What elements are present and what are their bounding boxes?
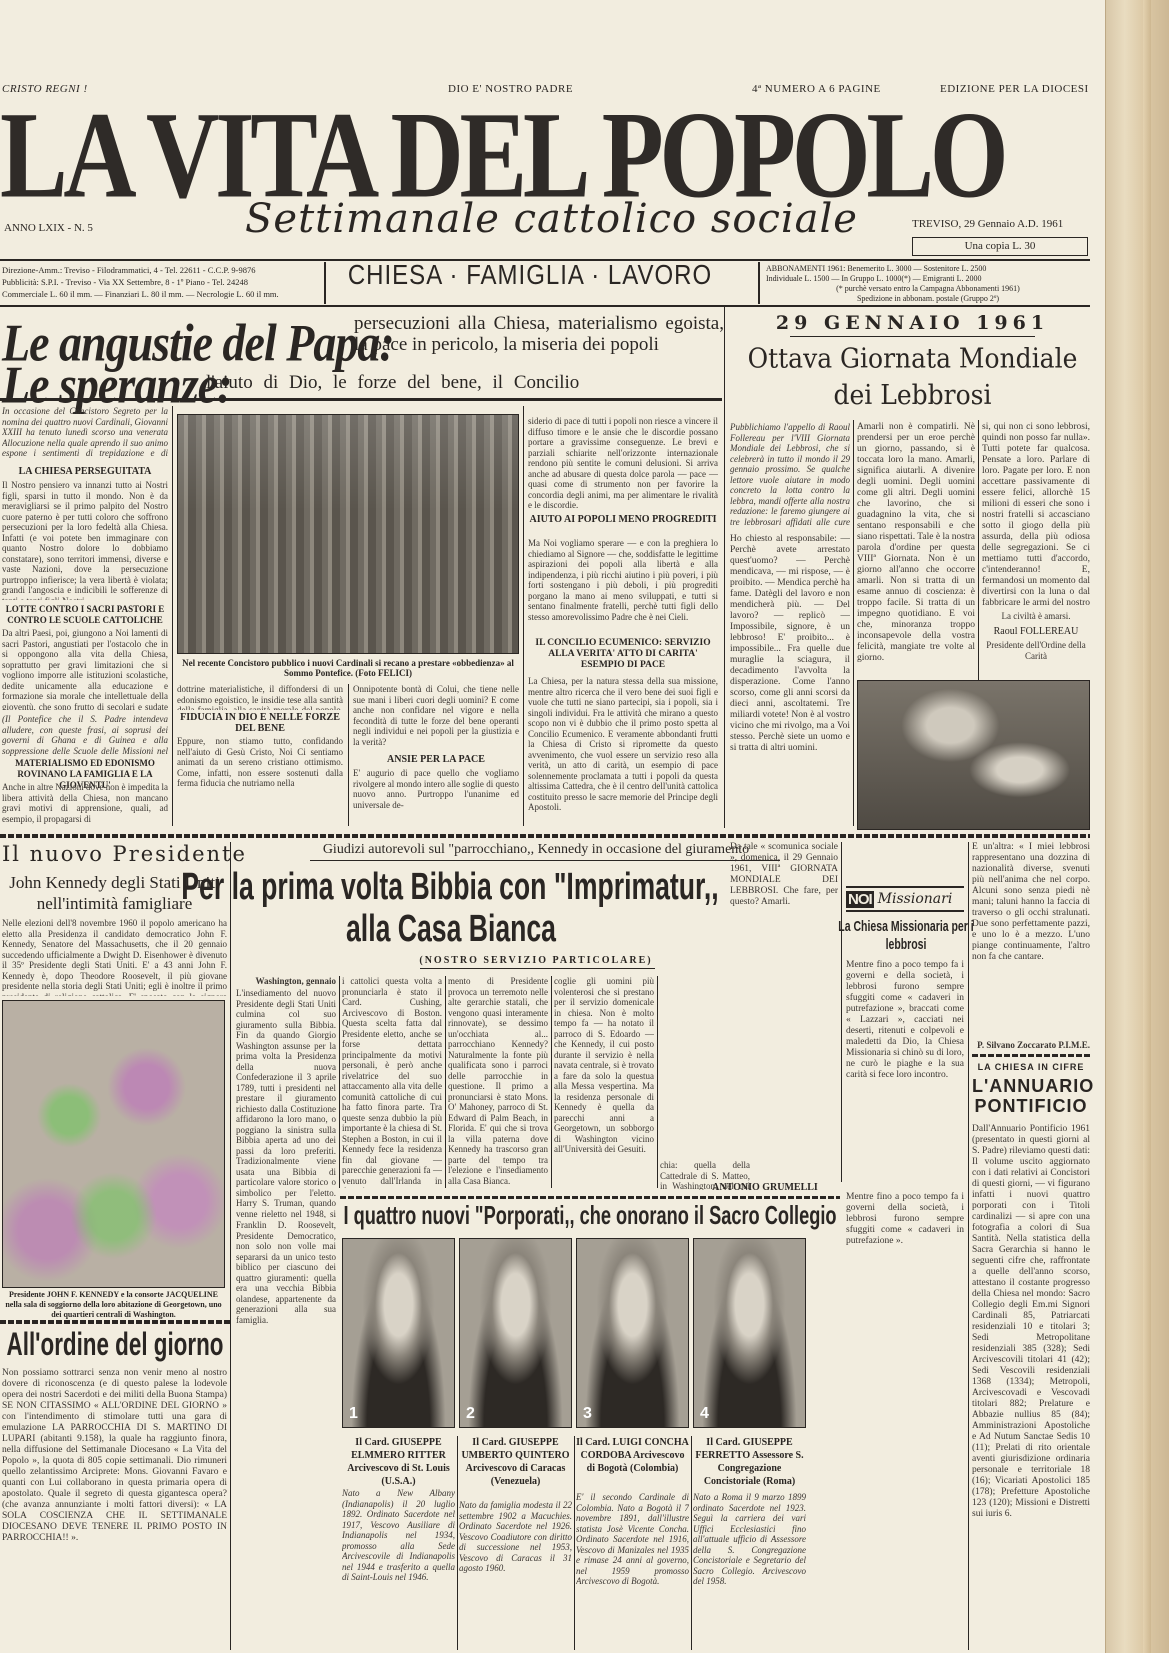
lebbrosi-intro: Pubblichiamo l'appello di Raoul Follerea…	[730, 422, 850, 528]
column-rule	[348, 684, 349, 826]
lebbrosi-text: Ho chiesto al responsabile: — Perchè ave…	[730, 534, 850, 826]
lead-text: La Chiesa, per la natura stessa della su…	[528, 676, 718, 826]
lepers-photo	[857, 680, 1090, 830]
motto-banner: CHIESA · FAMIGLIA · LAVORO	[330, 260, 730, 292]
column-rule	[574, 1436, 575, 1650]
lebbrosi-text: si, qui non ci sono lebbrosi, quindi non…	[982, 422, 1090, 607]
bibbia-byline: ANTONIO GRUMELLI	[690, 1182, 840, 1193]
subscription-line: (* purchè versato entro la Campagna Abbo…	[766, 284, 1090, 294]
section-heading: LOTTE CONTRO I SACRI PASTORI E CONTRO LE…	[2, 604, 168, 626]
missionari-text: Mentre fino a poco tempo fa i governi e …	[846, 960, 964, 1190]
section-separator	[340, 1196, 840, 1199]
kicker-underline	[310, 860, 780, 861]
cardinal-photo-4: 4	[693, 1238, 806, 1428]
date-underline	[790, 336, 1035, 337]
banner-noi: NOI	[846, 891, 874, 908]
column-rule	[551, 976, 552, 1188]
service-underline	[420, 968, 655, 969]
cardinal-name: Il Card. GIUSEPPE UMBERTO QUINTERO Arciv…	[459, 1436, 572, 1488]
kennedy-headline: Il nuovo Presidente	[2, 842, 227, 866]
kennedy-text: Nelle elezioni dell'8 novembre 1960 il p…	[2, 918, 227, 996]
lebbrosi-continuation: Da tale « scomunica sociale », domenica,…	[730, 842, 838, 1067]
divider	[324, 262, 326, 304]
lebbrosi-headline: Ottava Giornata Mondiale dei Lebbrosi	[735, 340, 1090, 413]
missionari-continuation: Mentre fino a poco tempo fa i governi de…	[846, 1192, 964, 1650]
cardinali-headline: I quattro nuovi "Porporati,, che onorano…	[338, 1200, 842, 1231]
address-line: Pubblicità: S.P.I. - Treviso - Via XX Se…	[2, 276, 320, 288]
cardinal-bio: Nato a Roma il 9 marzo 1899 ordinato Sac…	[693, 1492, 806, 1648]
address-block: Direzione-Amm.: Treviso - Filodrammatici…	[2, 264, 320, 300]
photo-number: 4	[700, 1405, 709, 1423]
lead-text: Da altri Paesi, poi, giungono a Noi lame…	[2, 628, 168, 710]
lead-text: E' augurio di pace quello che vogliamo r…	[353, 768, 519, 826]
column-rule	[657, 976, 658, 1188]
banner-script: Missionari	[878, 891, 953, 907]
cardinal-name: Il Card. GIUSEPPE ELMMERO RITTER Arcives…	[342, 1436, 455, 1488]
concistoro-photo-caption: Nel recente Concistoro pubblico i nuovi …	[177, 658, 519, 678]
lebbrosi-closing: La civiltà è amarsi.	[982, 611, 1090, 622]
column-rule	[968, 842, 969, 1650]
place-date: TREVISO, 29 Gennaio A.D. 1961	[912, 218, 1063, 230]
missionari-headline: La Chiesa Missionaria per i lebbrosi	[836, 918, 976, 954]
subscription-line: ABBONAMENTI 1961: Benemerito L. 3000 — S…	[766, 264, 1090, 274]
column-rule	[172, 406, 173, 826]
photo-number: 2	[466, 1405, 475, 1423]
column-rule	[691, 1436, 692, 1650]
section-heading: IL CONCILIO ECUMENICO: SERVIZIO ALLA VER…	[528, 638, 718, 671]
section-separator	[0, 834, 1090, 838]
bibbia-text: mento di Presidente provoca un terremoto…	[448, 976, 548, 1188]
bibbia-text: i cattolici questa volta a pronunciarla …	[342, 976, 442, 1188]
lead-text: Ma Noi vogliamo sperare — e con la pregh…	[528, 538, 718, 634]
cardinal-photo-3: 3	[576, 1238, 689, 1428]
section-heading: AIUTO AI POPOLI MENO PROGREDITI	[528, 514, 718, 525]
bibbia-text: coglie gli uomini più volenterosi che si…	[554, 976, 654, 1188]
book-binding-edge	[1105, 0, 1169, 1653]
subscription-line: Spedizione in abbonam. postale (Gruppo 2…	[766, 294, 1090, 304]
cardinal-photo-2: 2	[459, 1238, 572, 1428]
lebbrosi-signature: Raoul FOLLEREAU	[982, 626, 1090, 637]
price-box: Una copia L. 30	[912, 237, 1088, 256]
column-rule	[978, 420, 979, 680]
column-rule	[841, 842, 842, 1182]
section-separator	[0, 1320, 230, 1324]
section-heading: LA CHIESA PERSEGUITATA	[2, 466, 168, 477]
binding-stripe	[1143, 0, 1151, 1653]
subscription-line: Individuale L. 1500 — In Gruppo L. 1000(…	[766, 274, 1090, 284]
cardinal-bio: E' il secondo Cardinale di Colombia. Nat…	[576, 1492, 689, 1648]
lead-rule	[0, 398, 722, 401]
bibbia-dateline: Washington, gennaio	[236, 976, 336, 987]
column-rule	[445, 976, 446, 1188]
bibbia-text: L'insediamento del nuovo Presidente degl…	[236, 988, 336, 1218]
photo-number: 1	[349, 1405, 358, 1423]
subscription-block: ABBONAMENTI 1961: Benemerito L. 3000 — S…	[766, 264, 1090, 304]
lead-text: Onnipotente bontà di Colui, che tiene ne…	[353, 684, 519, 750]
column-rule	[230, 842, 231, 1650]
newspaper-subtitle: Settimanale cattolico sociale	[245, 196, 858, 242]
newspaper-page: CRISTO REGNI ! DIO E' NOSTRO PADRE 4ª NU…	[0, 0, 1105, 1653]
concistoro-photo	[177, 414, 519, 654]
bibbia-text: Franklin D. Roosevelt, Presidente Democr…	[236, 1220, 336, 1650]
lead-intro: In occasione del Concistoro Segreto per …	[2, 406, 168, 460]
kennedy-photo-caption: Presidente JOHN F. KENNEDY e la consorte…	[2, 1290, 225, 1320]
lead-text: Anche in altre Nazioni dove non è impedi…	[2, 782, 168, 826]
cardinal-name: Il Card. LUIGI CONCHA CORDOBA Arcivescov…	[576, 1436, 689, 1475]
annuario-kicker: LA CHIESA IN CIFRE	[972, 1062, 1090, 1072]
column-rule	[523, 406, 524, 826]
missionari-banner: NOI Missionari	[846, 886, 964, 912]
masthead-rule-bottom	[0, 305, 1090, 307]
bibbia-headline-1: Per la prima volta Bibbia con "Imprimatu…	[93, 866, 807, 909]
kennedy-photo	[2, 1000, 225, 1288]
cardinal-photo-1: 1	[342, 1238, 455, 1428]
lead-text: Il Nostro pensiero va innanzi tutto ai N…	[2, 480, 168, 600]
section-heading: ANSIE PER LA PACE	[353, 754, 519, 765]
column-rule	[457, 1436, 458, 1650]
section-separator	[972, 1054, 1090, 1057]
lebbrosi-text: Amarli non è compatirli. Nè prendersi pe…	[857, 422, 975, 672]
annuario-headline: L'ANNUARIO PONTIFICIO	[972, 1076, 1090, 1116]
bibbia-headline-2: alla Casa Bianca	[301, 908, 602, 951]
cardinal-bio: Nato a New Albany (Indianapolis) il 20 l…	[342, 1488, 455, 1648]
address-line: Commerciale L. 60 il mm. — Finanziari L.…	[2, 288, 320, 300]
section-heading: FIDUCIA IN DIO E NELLE FORZE DEL BENE	[177, 712, 343, 734]
column-rule	[724, 306, 725, 828]
column-rule	[339, 976, 340, 1188]
lead-text: Eppure, non stiamo tutto, confidando nel…	[177, 736, 343, 826]
lead-text: siderio di pace di tutti i popoli non ri…	[528, 416, 718, 512]
annuario-text: Dall'Annuario Pontificio 1961 (presentat…	[972, 1124, 1090, 1650]
cardinal-name: Il Card. GIUSEPPE FERRETTO Assessore S. …	[693, 1436, 806, 1488]
photo-number: 3	[583, 1405, 592, 1423]
lead-text: dottrine materialistiche, il diffondersi…	[177, 684, 343, 710]
zoccarato-signature: P. Silvano Zoccarato P.I.M.E.	[972, 1040, 1090, 1051]
address-line: Direzione-Amm.: Treviso - Filodrammatici…	[2, 264, 320, 276]
cardinal-bio: Nato da famiglia modesta il 22 settembre…	[459, 1500, 572, 1648]
lead-headline-1-sub: persecuzioni alla Chiesa, materialismo e…	[354, 313, 724, 355]
column-rule	[853, 420, 854, 826]
issue-number: ANNO LXIX - N. 5	[4, 222, 93, 234]
divider	[758, 262, 760, 304]
lead-headline-2-sub: l'aiuto di Dio, le forze del bene, il Co…	[206, 372, 726, 393]
ordine-text: Non possiamo sottrarci senza non venir m…	[2, 1368, 227, 1648]
lebbrosi-date: 29 GENNAIO 1961	[740, 312, 1085, 334]
lebbrosi-continuation: E un'altra: « I miei lebbrosi rappresent…	[972, 842, 1090, 1037]
editor-note: (Il Pontefice che il S. Padre intendeva …	[2, 714, 168, 756]
ordine-headline: All'ordine del giorno	[7, 1326, 224, 1363]
lebbrosi-signature-title: Presidente dell'Ordine della Carità	[982, 640, 1090, 661]
